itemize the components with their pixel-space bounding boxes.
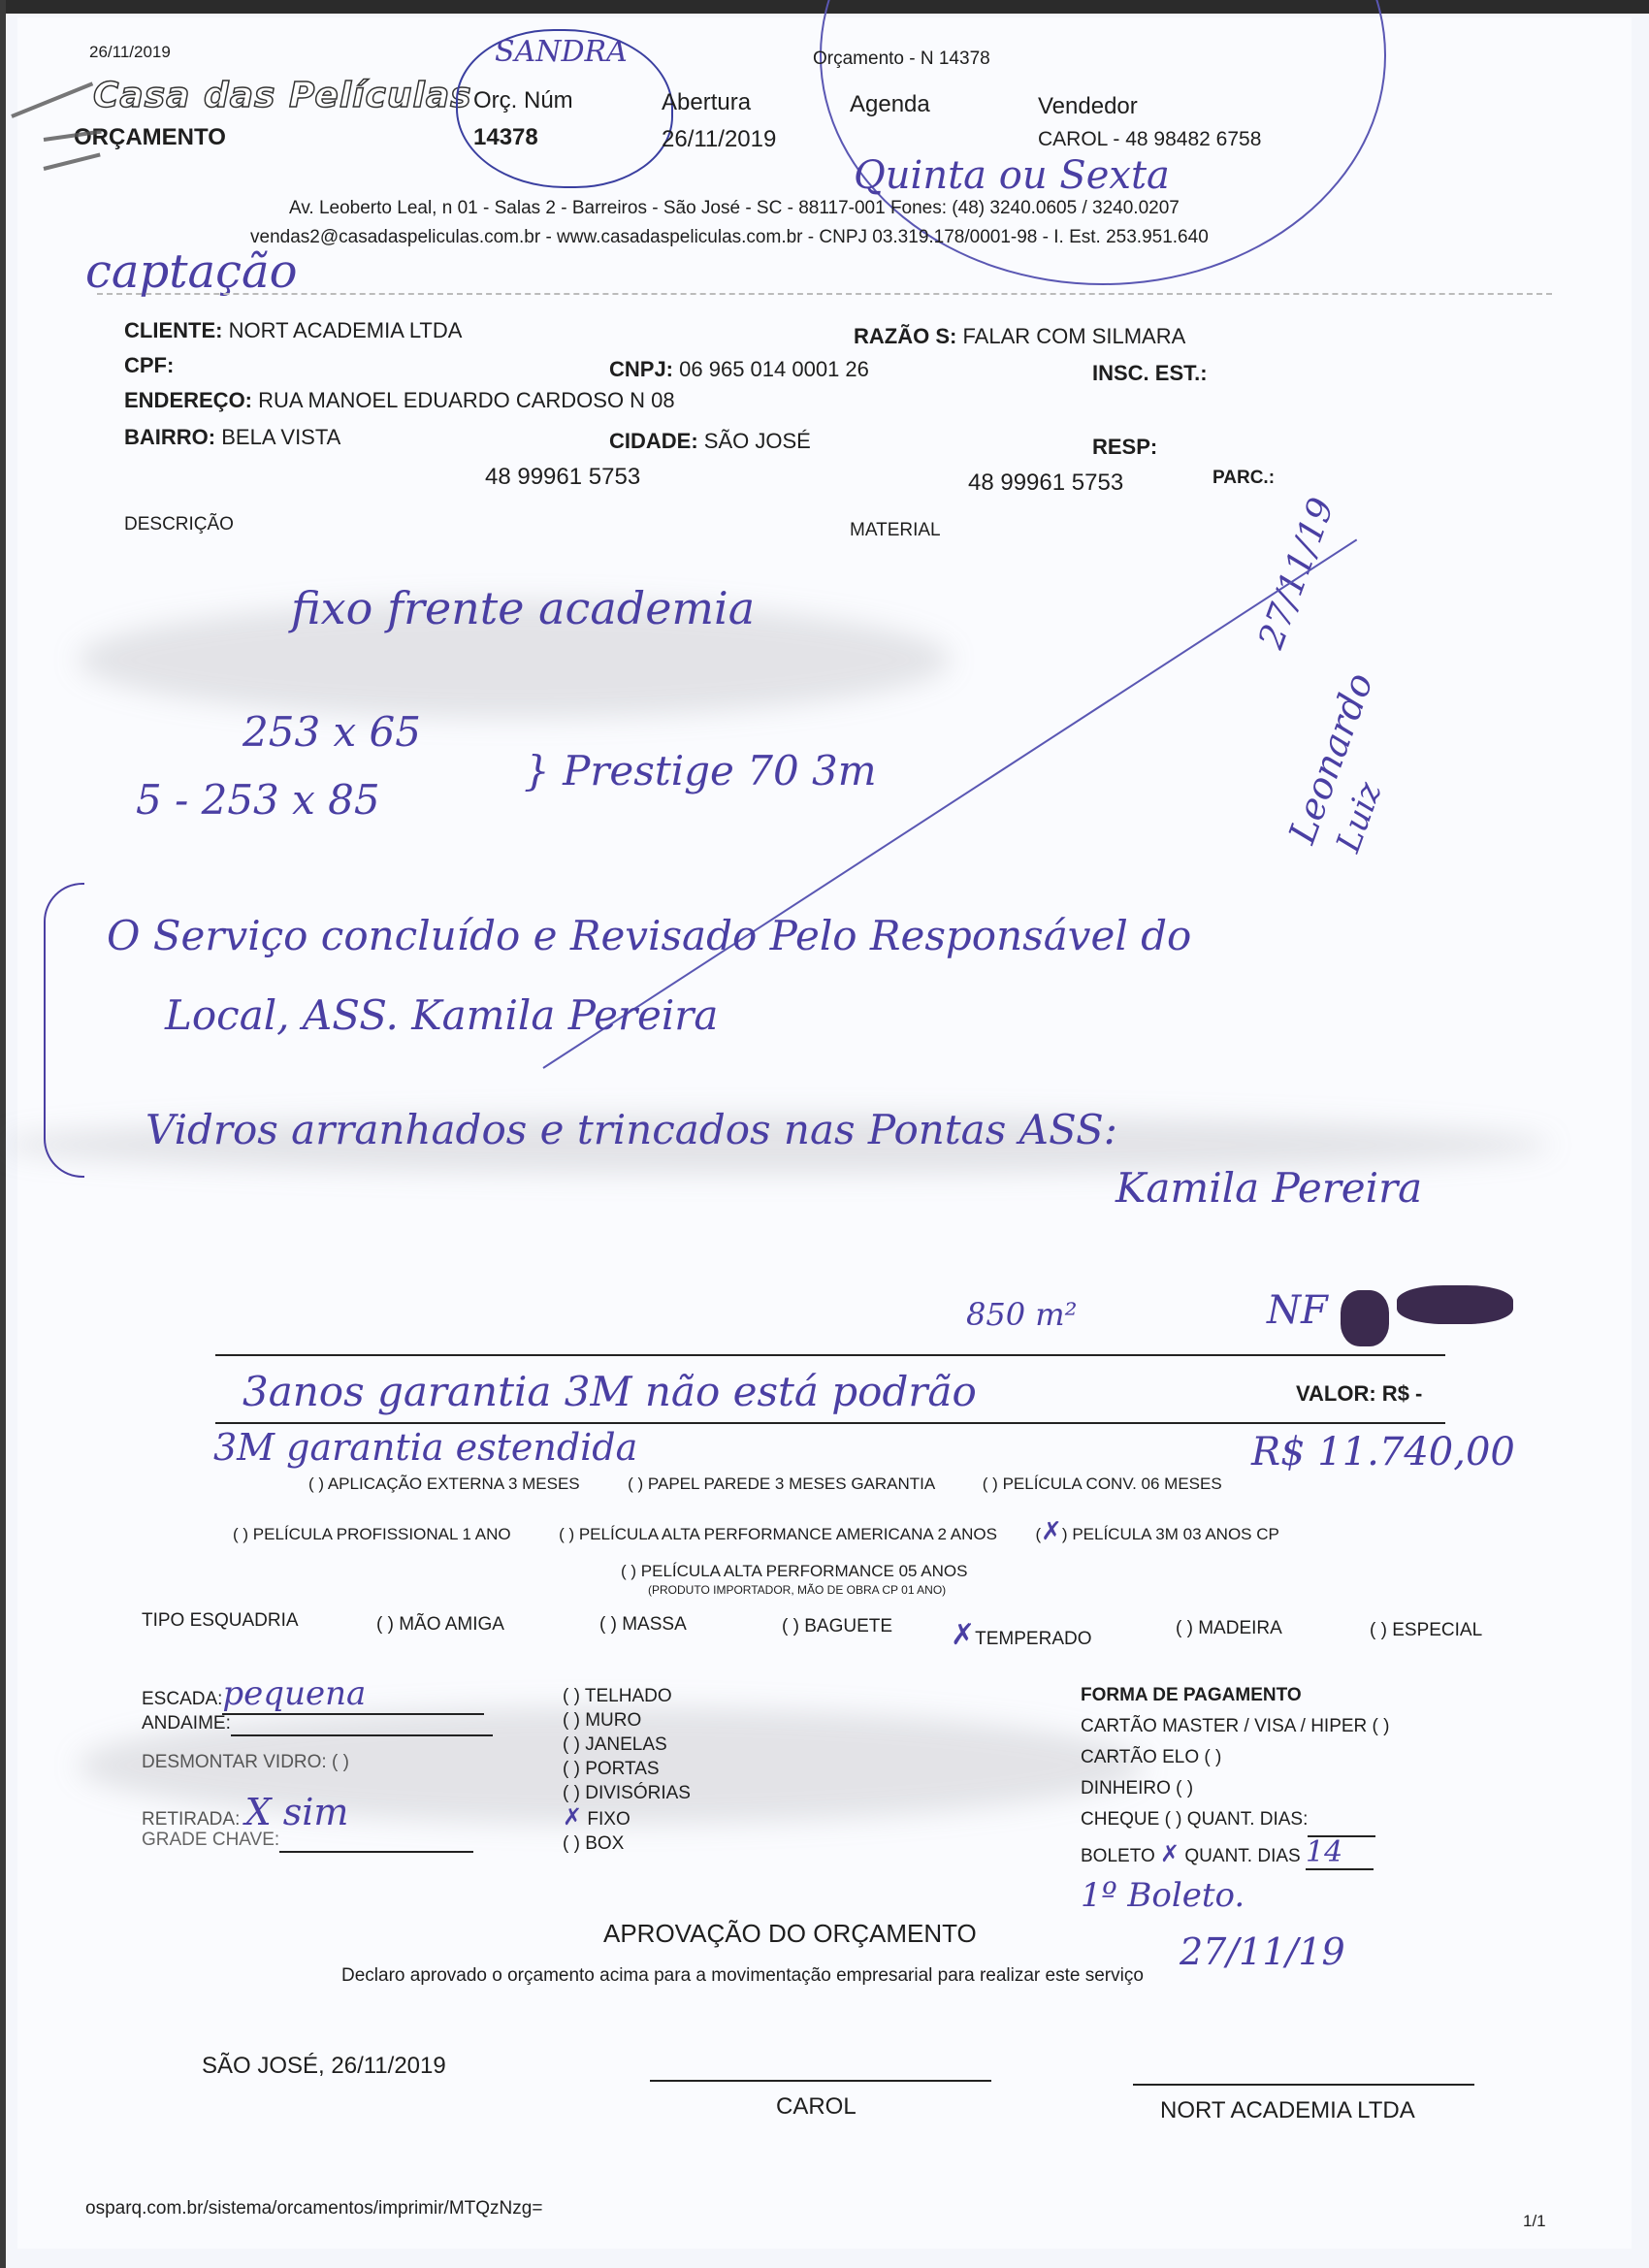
orcamento-ref: Orçamento - N 14378 xyxy=(813,49,990,70)
handwritten-area: 850 m² xyxy=(966,1296,1077,1333)
signature-line-1 xyxy=(650,2080,991,2082)
cliente-label: CLIENTE: xyxy=(124,318,222,342)
company-logo: Casa das Películas xyxy=(93,76,472,115)
ink-blot xyxy=(1341,1290,1389,1346)
cidade-label: CIDADE: xyxy=(609,429,698,453)
handwritten-nf: NF xyxy=(1267,1288,1328,1333)
option-checkbox[interactable]: ( ) xyxy=(983,1474,998,1493)
grade-chave-field[interactable]: GRADE CHAVE: xyxy=(142,1830,473,1853)
esquadria-especial[interactable]: ( ) ESPECIAL xyxy=(1370,1620,1482,1641)
handwritten-warranty-b: 3M garantia estendida xyxy=(213,1426,637,1469)
payment-dinheiro[interactable]: DINHEIRO ( ) xyxy=(1081,1773,1389,1804)
option-row-2: ( ) PELÍCULA PROFISSIONAL 1 ANO ( ) PELÍ… xyxy=(233,1517,1279,1546)
razao-value: FALAR COM SILMARA xyxy=(962,324,1185,348)
orc-num-label: Orç. Núm xyxy=(473,87,573,114)
option-label: PELÍCULA ALTA PERFORMANCE AMERICANA 2 AN… xyxy=(579,1525,997,1543)
payment-boleto[interactable]: BOLETO ✗ QUANT. DIAS 14 xyxy=(1081,1837,1389,1872)
cpf-label: CPF: xyxy=(124,353,174,378)
option-label: PELÍCULA ALTA PERFORMANCE 05 ANOS xyxy=(641,1562,968,1580)
option-label: PELÍCULA CONV. 06 MESES xyxy=(1003,1474,1222,1493)
andaime-field[interactable]: ANDAIME: xyxy=(142,1713,493,1736)
print-date: 26/11/2019 xyxy=(89,43,171,62)
abertura-value: 26/11/2019 xyxy=(662,126,776,153)
descricao-header: DESCRIÇÃO xyxy=(124,514,234,535)
bairro-label: BAIRRO: xyxy=(124,425,215,449)
escada-field[interactable]: ESCADA:pequena xyxy=(142,1674,484,1715)
local-divisorias[interactable]: ( ) DIVISÓRIAS xyxy=(563,1781,691,1805)
handwritten-material: } Prestige 70 3m xyxy=(524,747,877,794)
handwritten-bracket xyxy=(44,883,84,1178)
option-checkbox[interactable]: ( ) xyxy=(621,1562,636,1580)
payment-title: FORMA DE PAGAMENTO xyxy=(1081,1680,1389,1711)
retirada-field[interactable]: RETIRADA: X sim xyxy=(142,1791,348,1833)
orc-num-value: 14378 xyxy=(473,124,538,151)
payment-section: FORMA DE PAGAMENTO CARTÃO MASTER / VISA … xyxy=(1081,1680,1389,1872)
vendedor-value: CAROL - 48 98482 6758 xyxy=(1038,128,1261,151)
local-muro[interactable]: ( ) MURO xyxy=(563,1708,691,1733)
handwritten-note-1a: O Serviço concluído e Revisado Pelo Resp… xyxy=(107,912,1191,959)
option-checkbox[interactable]: ( ) xyxy=(233,1525,248,1543)
handwritten-schedule: Quinta ou Sexta xyxy=(854,153,1170,198)
payment-cheque[interactable]: CHEQUE ( ) QUANT. DIAS: xyxy=(1081,1804,1389,1837)
option-checkbox-checked[interactable]: (✗) xyxy=(1035,1525,1067,1543)
option-row-1: ( ) APLICAÇÃO EXTERNA 3 MESES ( ) PAPEL … xyxy=(308,1474,1222,1494)
option-label: PELÍCULA 3M 03 ANOS CP xyxy=(1072,1525,1279,1543)
bairro-value: BELA VISTA xyxy=(221,425,340,449)
handwritten-measure-1: 253 x 65 xyxy=(242,708,421,756)
insc-label: INSC. EST.: xyxy=(1092,361,1208,386)
local-portas[interactable]: ( ) PORTAS xyxy=(563,1757,691,1781)
local-janelas[interactable]: ( ) JANELAS xyxy=(563,1733,691,1757)
esquadria-label: TIPO ESQUADRIA xyxy=(142,1610,299,1632)
signer-1: CAROL xyxy=(776,2093,857,2121)
material-header: MATERIAL xyxy=(850,520,941,541)
razao-label: RAZÃO S: xyxy=(854,324,956,348)
phone-2: 48 99961 5753 xyxy=(968,470,1123,497)
handwritten-name: SANDRA xyxy=(495,35,628,69)
vendedor-label: Vendedor xyxy=(1038,93,1138,120)
handwritten-warranty-a: 3anos garantia 3M não está podrão xyxy=(242,1368,977,1415)
esquadria-massa[interactable]: ( ) MASSA xyxy=(599,1614,687,1636)
option-sublabel: (PRODUTO IMPORTADOR, MÃO DE OBRA CP 01 A… xyxy=(648,1583,946,1597)
option-checkbox[interactable]: ( ) xyxy=(308,1474,324,1493)
payment-cartao-elo[interactable]: CARTÃO ELO ( ) xyxy=(1081,1742,1389,1773)
company-contact: vendas2@casadaspeliculas.com.br - www.ca… xyxy=(250,227,1209,248)
local-box[interactable]: ( ) BOX xyxy=(563,1831,691,1856)
handwritten-description: fixo frente academia xyxy=(291,582,755,634)
divider xyxy=(215,1422,1445,1424)
handwritten-note-1b: Local, ASS. Kamila Pereira xyxy=(165,991,718,1039)
endereco-value: RUA MANOEL EDUARDO CARDOSO N 08 xyxy=(258,388,675,412)
locais-list: ( ) TELHADO ( ) MURO ( ) JANELAS ( ) POR… xyxy=(563,1684,691,1856)
handwritten-measure-2: 5 - 253 x 85 xyxy=(136,776,380,824)
esquadria-baguete[interactable]: ( ) BAGUETE xyxy=(782,1616,892,1637)
ink-blot xyxy=(1397,1285,1513,1324)
option-label: PELÍCULA PROFISSIONAL 1 ANO xyxy=(253,1525,511,1543)
signer-2: NORT ACADEMIA LTDA xyxy=(1160,2097,1415,2124)
option-label: APLICAÇÃO EXTERNA 3 MESES xyxy=(328,1474,580,1493)
handwritten-note-2b: Kamila Pereira xyxy=(1115,1164,1422,1212)
approval-place-date: SÃO JOSÉ, 26/11/2019 xyxy=(202,2053,446,2080)
option-checkbox[interactable]: ( ) xyxy=(628,1474,643,1493)
cidade-value: SÃO JOSÉ xyxy=(704,429,811,453)
handwritten-boleto-date: 27/11/19 xyxy=(1180,1930,1345,1973)
desmontar-field[interactable]: DESMONTAR VIDRO: ( ) xyxy=(142,1752,349,1773)
cliente-value: NORT ACADEMIA LTDA xyxy=(229,318,463,342)
footer-url: osparq.com.br/sistema/orcamentos/imprimi… xyxy=(85,2198,542,2219)
parc-label: PARC.: xyxy=(1212,468,1275,489)
approval-statement: Declaro aprovado o orçamento acima para … xyxy=(341,1965,1144,1987)
handwritten-total: R$ 11.740,00 xyxy=(1251,1430,1515,1474)
local-fixo[interactable]: ✗ FIXO xyxy=(563,1805,691,1831)
handwritten-captacao: captação xyxy=(85,244,298,299)
footer-page: 1/1 xyxy=(1523,2212,1546,2231)
option-row-3: ( ) PELÍCULA ALTA PERFORMANCE 05 ANOS xyxy=(621,1562,967,1581)
resp-label: RESP: xyxy=(1092,435,1157,460)
handwritten-boleto-note: 1º Boleto. xyxy=(1081,1876,1245,1915)
signature-line-2 xyxy=(1133,2084,1474,2086)
scan-edge-left xyxy=(0,0,6,2268)
option-checkbox[interactable]: ( ) xyxy=(559,1525,574,1543)
esquadria-temperado[interactable]: ✗TEMPERADO xyxy=(951,1618,1092,1652)
divider xyxy=(215,1354,1445,1356)
esquadria-mao-amiga[interactable]: ( ) MÃO AMIGA xyxy=(376,1614,504,1636)
phone-1: 48 99961 5753 xyxy=(485,464,640,491)
cnpj-label: CNPJ: xyxy=(609,357,673,381)
local-telhado[interactable]: ( ) TELHADO xyxy=(563,1684,691,1708)
doc-type: ORÇAMENTO xyxy=(74,124,226,151)
valor-label: VALOR: R$ - xyxy=(1296,1381,1422,1407)
agenda-label: Agenda xyxy=(850,91,930,118)
endereco-label: ENDEREÇO: xyxy=(124,388,252,412)
approval-title: APROVAÇÃO DO ORÇAMENTO xyxy=(603,1919,977,1949)
abertura-label: Abertura xyxy=(662,89,751,116)
divider xyxy=(97,293,1552,295)
payment-cartao-master[interactable]: CARTÃO MASTER / VISA / HIPER ( ) xyxy=(1081,1711,1389,1742)
handwritten-note-2a: Vidros arranhados e trincados nas Pontas… xyxy=(145,1106,1117,1153)
cnpj-value: 06 965 014 0001 26 xyxy=(679,357,869,381)
option-label: PAPEL PAREDE 3 MESES GARANTIA xyxy=(648,1474,934,1493)
esquadria-madeira[interactable]: ( ) MADEIRA xyxy=(1176,1618,1282,1639)
company-address: Av. Leoberto Leal, n 01 - Salas 2 - Barr… xyxy=(289,198,1180,219)
